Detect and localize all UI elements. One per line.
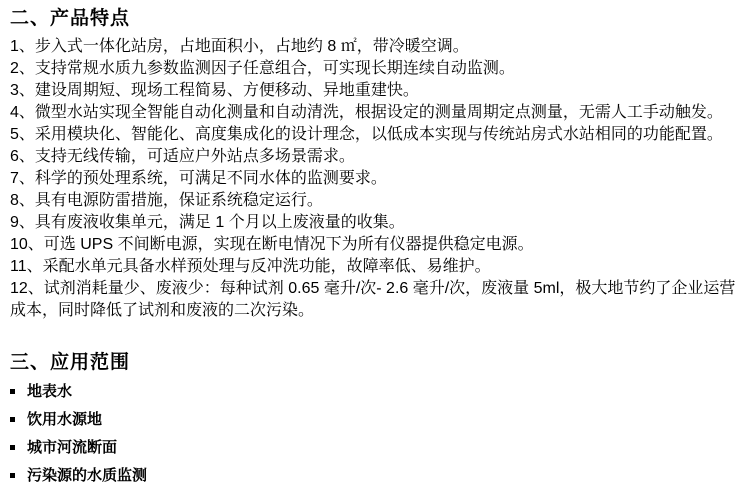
feature-item-1: 1、步入式一体化站房，占地面积小，占地约 8 ㎡，带冷暖空调。 <box>10 36 738 58</box>
feature-item-5: 5、采用模块化、智能化、高度集成化的设计理念，以低成本实现与传统站房式水站相同的… <box>10 124 738 146</box>
feature-item-7: 7、科学的预处理系统，可满足不同水体的监测要求。 <box>10 168 738 190</box>
feature-item-4: 4、微型水站实现全智能自动化测量和自动清洗，根据设定的测量周期定点测量，无需人工… <box>10 102 738 124</box>
feature-item-11: 11、采配水单元具备水样预处理与反冲洗功能，故障率低、易维护。 <box>10 256 738 278</box>
features-list: 1、步入式一体化站房，占地面积小，占地约 8 ㎡，带冷暖空调。 2、支持常规水质… <box>10 36 738 322</box>
bullet-square-icon <box>10 473 15 478</box>
feature-item-6: 6、支持无线传输，可适应户外站点多场景需求。 <box>10 146 738 168</box>
scope-item-label: 饮用水源地 <box>27 411 102 428</box>
feature-item-2: 2、支持常规水质九参数监测因子任意组合，可实现长期连续自动监测。 <box>10 58 738 80</box>
feature-item-12: 12、试剂消耗量少、废液少：每种试剂 0.65 毫升/次- 2.6 毫升/次，废… <box>10 278 738 322</box>
document-page: 二、产品特点 1、步入式一体化站房，占地面积小，占地约 8 ㎡，带冷暖空调。 2… <box>0 0 740 490</box>
scope-item-label: 地表水 <box>27 383 72 400</box>
scope-item-pollution-source-monitoring: 污染源的水质监测 <box>10 467 738 484</box>
feature-item-3: 3、建设周期短、现场工程简易、方便移动、异地重建快。 <box>10 80 738 102</box>
scope-item-label: 城市河流断面 <box>27 439 117 456</box>
bullet-square-icon <box>10 445 15 450</box>
bullet-square-icon <box>10 417 15 422</box>
feature-item-9: 9、具有废液收集单元，满足 1 个月以上废液量的收集。 <box>10 212 738 234</box>
feature-item-10: 10、可选 UPS 不间断电源，实现在断电情况下为所有仪器提供稳定电源。 <box>10 234 738 256</box>
scope-section-heading: 三、应用范围 <box>10 352 738 374</box>
scope-item-label: 污染源的水质监测 <box>27 467 147 484</box>
scope-list: 地表水 饮用水源地 城市河流断面 污染源的水质监测 <box>10 383 738 484</box>
feature-item-8: 8、具有电源防雷措施，保证系统稳定运行。 <box>10 190 738 212</box>
features-section-heading: 二、产品特点 <box>10 8 738 30</box>
scope-item-urban-river-section: 城市河流断面 <box>10 439 738 456</box>
bullet-square-icon <box>10 389 15 394</box>
scope-item-drinking-water-source: 饮用水源地 <box>10 411 738 428</box>
scope-item-surface-water: 地表水 <box>10 383 738 400</box>
